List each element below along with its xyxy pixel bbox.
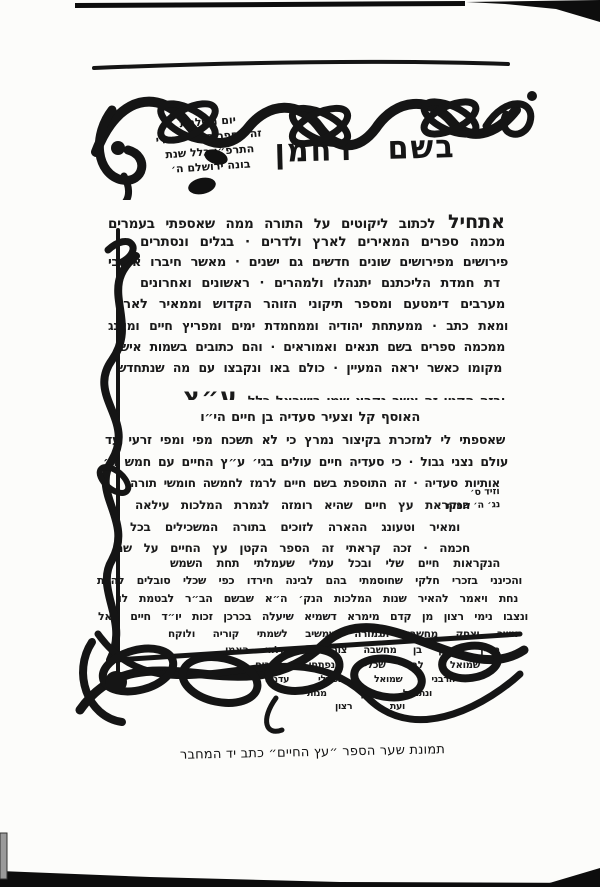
manuscript-line: פירושים מפירושים שונים חדשים גם ישנים · … [108,255,508,271]
colophon-date-note: יום השלמתזה הספר ס׳ יו׳ תשריהתרפ״ו בלל ש… [146,110,272,178]
manuscript-line: ונצבו נימי רצון מן קדם מימרא דשמיא שיעלה… [98,610,528,624]
manuscript-line: ממכמה ספרים בשם תנאים ואמוראים · והם כתו… [120,339,505,355]
note-line: נג׳ ה׳ שמות [446,498,500,513]
manuscript-line: מערבים דימטעם ומספר תיקוני הזוהר הקדוש ו… [115,297,505,313]
manuscript-line: בידיך הקטן בן מחשבה צוה דל אלהי האמן [225,645,500,658]
manuscript-line: הנקראת עץ חיים שהיא רומזה לגמרת המלכות ע… [135,498,470,513]
manuscript-line: והכינני בזכרי חלקי שחוסמתי בהם לבינה חיר… [97,574,522,588]
manuscript-line: שמואל לב שכלי ונפתחי ערבים [255,660,480,673]
manuscript-line: האוסף קל וצעיר סעדיה בן חיים הי״ו [200,410,420,426]
manuscript-line: נחת ויאמר להאיר שנות המלכות הנק׳ ה״א שבש… [118,592,518,606]
manuscript-line: ועת רצון [335,701,405,713]
manuscript-line: מכמה ספרים המאירים לארץ ולדרים · בגלים ו… [140,234,505,251]
book-title-words: ע״ץ החיים [184,382,505,400]
margin-note: וזיד ס׳נג׳ ה׳ שמות [446,485,501,513]
manuscript-line: אותיות סעדיה · זה התוספת בשם חיים לרמז ל… [130,476,500,491]
manuscript-line: הנקראות חיים שלי ובכל עמלי שעמלתי תחת הש… [170,556,500,570]
manuscript-line: אשר יצחק מחשבן תגמורה שמשיב לשמתי קוריה … [168,628,518,641]
manuscript-line: חכמה · זכה קראתי זה הספר הקטן עץ החיים ע… [115,541,470,556]
manuscript-scan-page: אתחיל לכתוב ליקוטים על התורה ממה שאספתי … [0,0,600,887]
invocation-text: בשם רחמן [274,128,456,171]
manuscript-line: ובזה הקטן זה אשר נקרא שמו בישראל כללע״ץ … [105,381,505,400]
manuscript-line: הרבני שמואל ונפתלי עדנים [265,674,455,686]
ink-blot [187,175,218,196]
manuscript-line: עולם נצני גבול · כי סעדיה חיים עולים בגי… [103,454,508,470]
caption: תמונת שער הספר ״עץ החיים״ כתב יד המחבר [150,742,475,764]
manuscript-line: ומאיר וטעונג ההארה לזוכים בתורה המשכילים… [130,520,460,535]
manuscript-line: שאספתי לי למזכרת בקיצור נמרץ כי לא תשכח … [105,432,505,448]
opening-word: אתחיל [435,211,505,231]
manuscript-line: דת חמדת הליכתנם יתנהלו ולמהרים · ראשונים… [140,276,500,292]
manuscript-line: ומאת כתב · ממעתחת יהודיה וממחמדת ימים ומ… [108,318,508,334]
manuscript-line: ונתנאל בן מנות [307,688,432,700]
manuscript-line: אתחיל לכתוב ליקוטים על התורה ממה שאספתי … [108,211,505,231]
manuscript-line: מקומו כאשר יראה המעיין · כולם באו ונקבצו… [117,360,502,376]
